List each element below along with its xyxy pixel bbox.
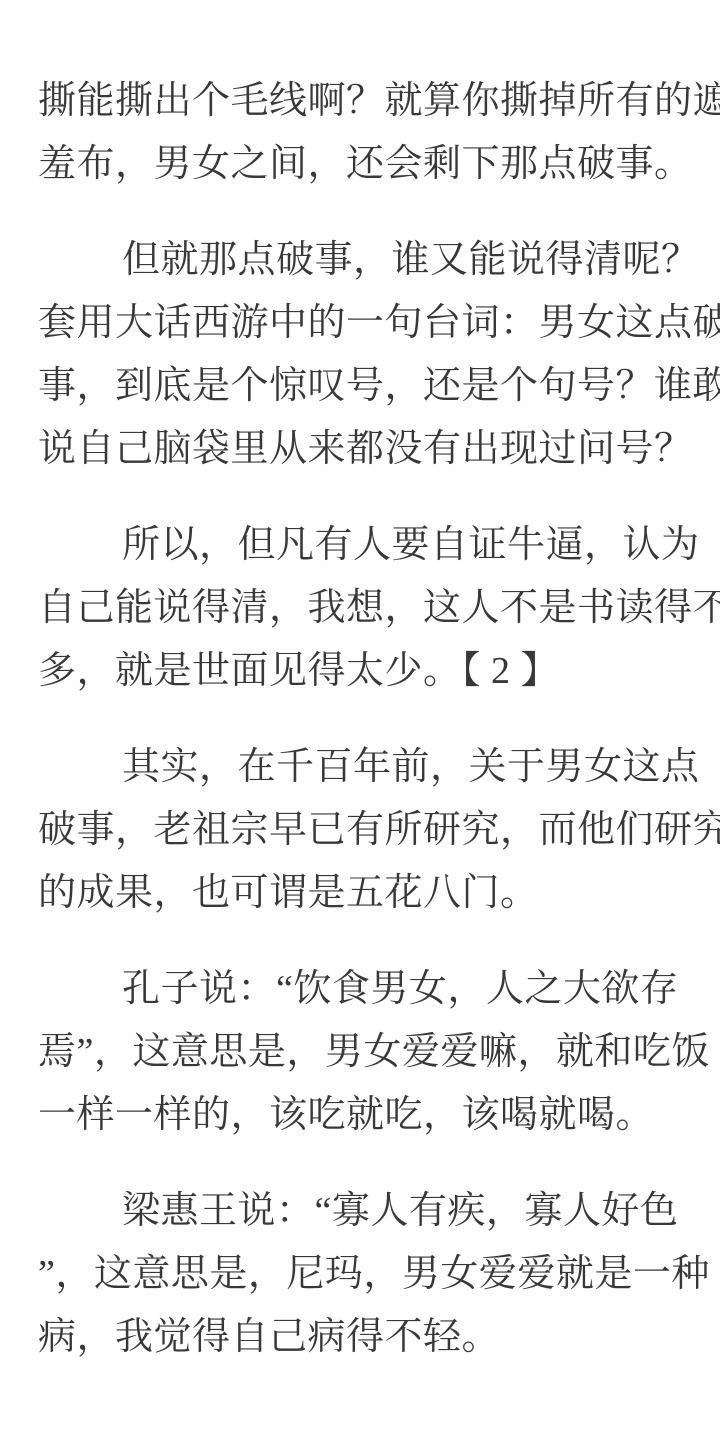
paragraph: 孔子说：“饮食男女，人之大欲存 焉”，这意思是，男女爱爱嘛，就和吃饭 一样一样的… [38,958,698,1147]
paragraph: 梁惠王说：“寡人有疾，寡人好色 ”，这意思是，尼玛，男女爱爱就是一种 病，我觉得… [38,1180,698,1369]
text-line: 破事，老祖宗早已有所研究，而他们研究 [38,799,698,862]
paragraph: 其实，在千百年前，关于男女这点 破事，老祖宗早已有所研究，而他们研究 的成果，也… [38,736,698,925]
text-line: 孔子说：“饮食男女，人之大欲存 [38,958,698,1021]
text-line: 所以，但凡有人要自证牛逼，认为 [38,514,698,577]
paragraph: 撕能撕出个毛线啊？就算你撕掉所有的遮 羞布，男女之间，还会剩下那点破事。 [38,70,698,196]
text-line: 自己能说得清，我想，这人不是书读得不 [38,577,698,640]
text-line: 羞布，男女之间，还会剩下那点破事。 [38,133,698,196]
text-line: 事，到底是个惊叹号，还是个句号？谁敢 [38,355,698,418]
article-text-body: 撕能撕出个毛线啊？就算你撕掉所有的遮 羞布，男女之间，还会剩下那点破事。 但就那… [0,0,720,1436]
text-line: 说自己脑袋里从来都没有出现过问号？ [38,418,698,481]
text-line: 的成果，也可谓是五花八门。 [38,862,698,925]
paragraph: 所以，但凡有人要自证牛逼，认为 自己能说得清，我想，这人不是书读得不 多，就是世… [38,514,698,703]
text-line: 套用大话西游中的一句台词：男女这点破 [38,292,698,355]
text-line: 梁惠王说：“寡人有疾，寡人好色 [38,1180,698,1243]
text-line: 一样一样的，该吃就吃，该喝就喝。 [38,1084,698,1147]
text-line: ”，这意思是，尼玛，男女爱爱就是一种 [38,1243,698,1306]
text-line: 撕能撕出个毛线啊？就算你撕掉所有的遮 [38,70,698,133]
text-line: 其实，在千百年前，关于男女这点 [38,736,698,799]
reading-page: 撕能撕出个毛线啊？就算你撕掉所有的遮 羞布，男女之间，还会剩下那点破事。 但就那… [0,0,720,1436]
text-line: 多，就是世面见得太少。【 2 】 [38,640,698,703]
text-line: 焉”，这意思是，男女爱爱嘛，就和吃饭 [38,1021,698,1084]
text-line: 病，我觉得自己病得不轻。 [38,1306,698,1369]
text-line: 但就那点破事，谁又能说得清呢？ [38,229,698,292]
paragraph: 但就那点破事，谁又能说得清呢？ 套用大话西游中的一句台词：男女这点破 事，到底是… [38,229,698,481]
